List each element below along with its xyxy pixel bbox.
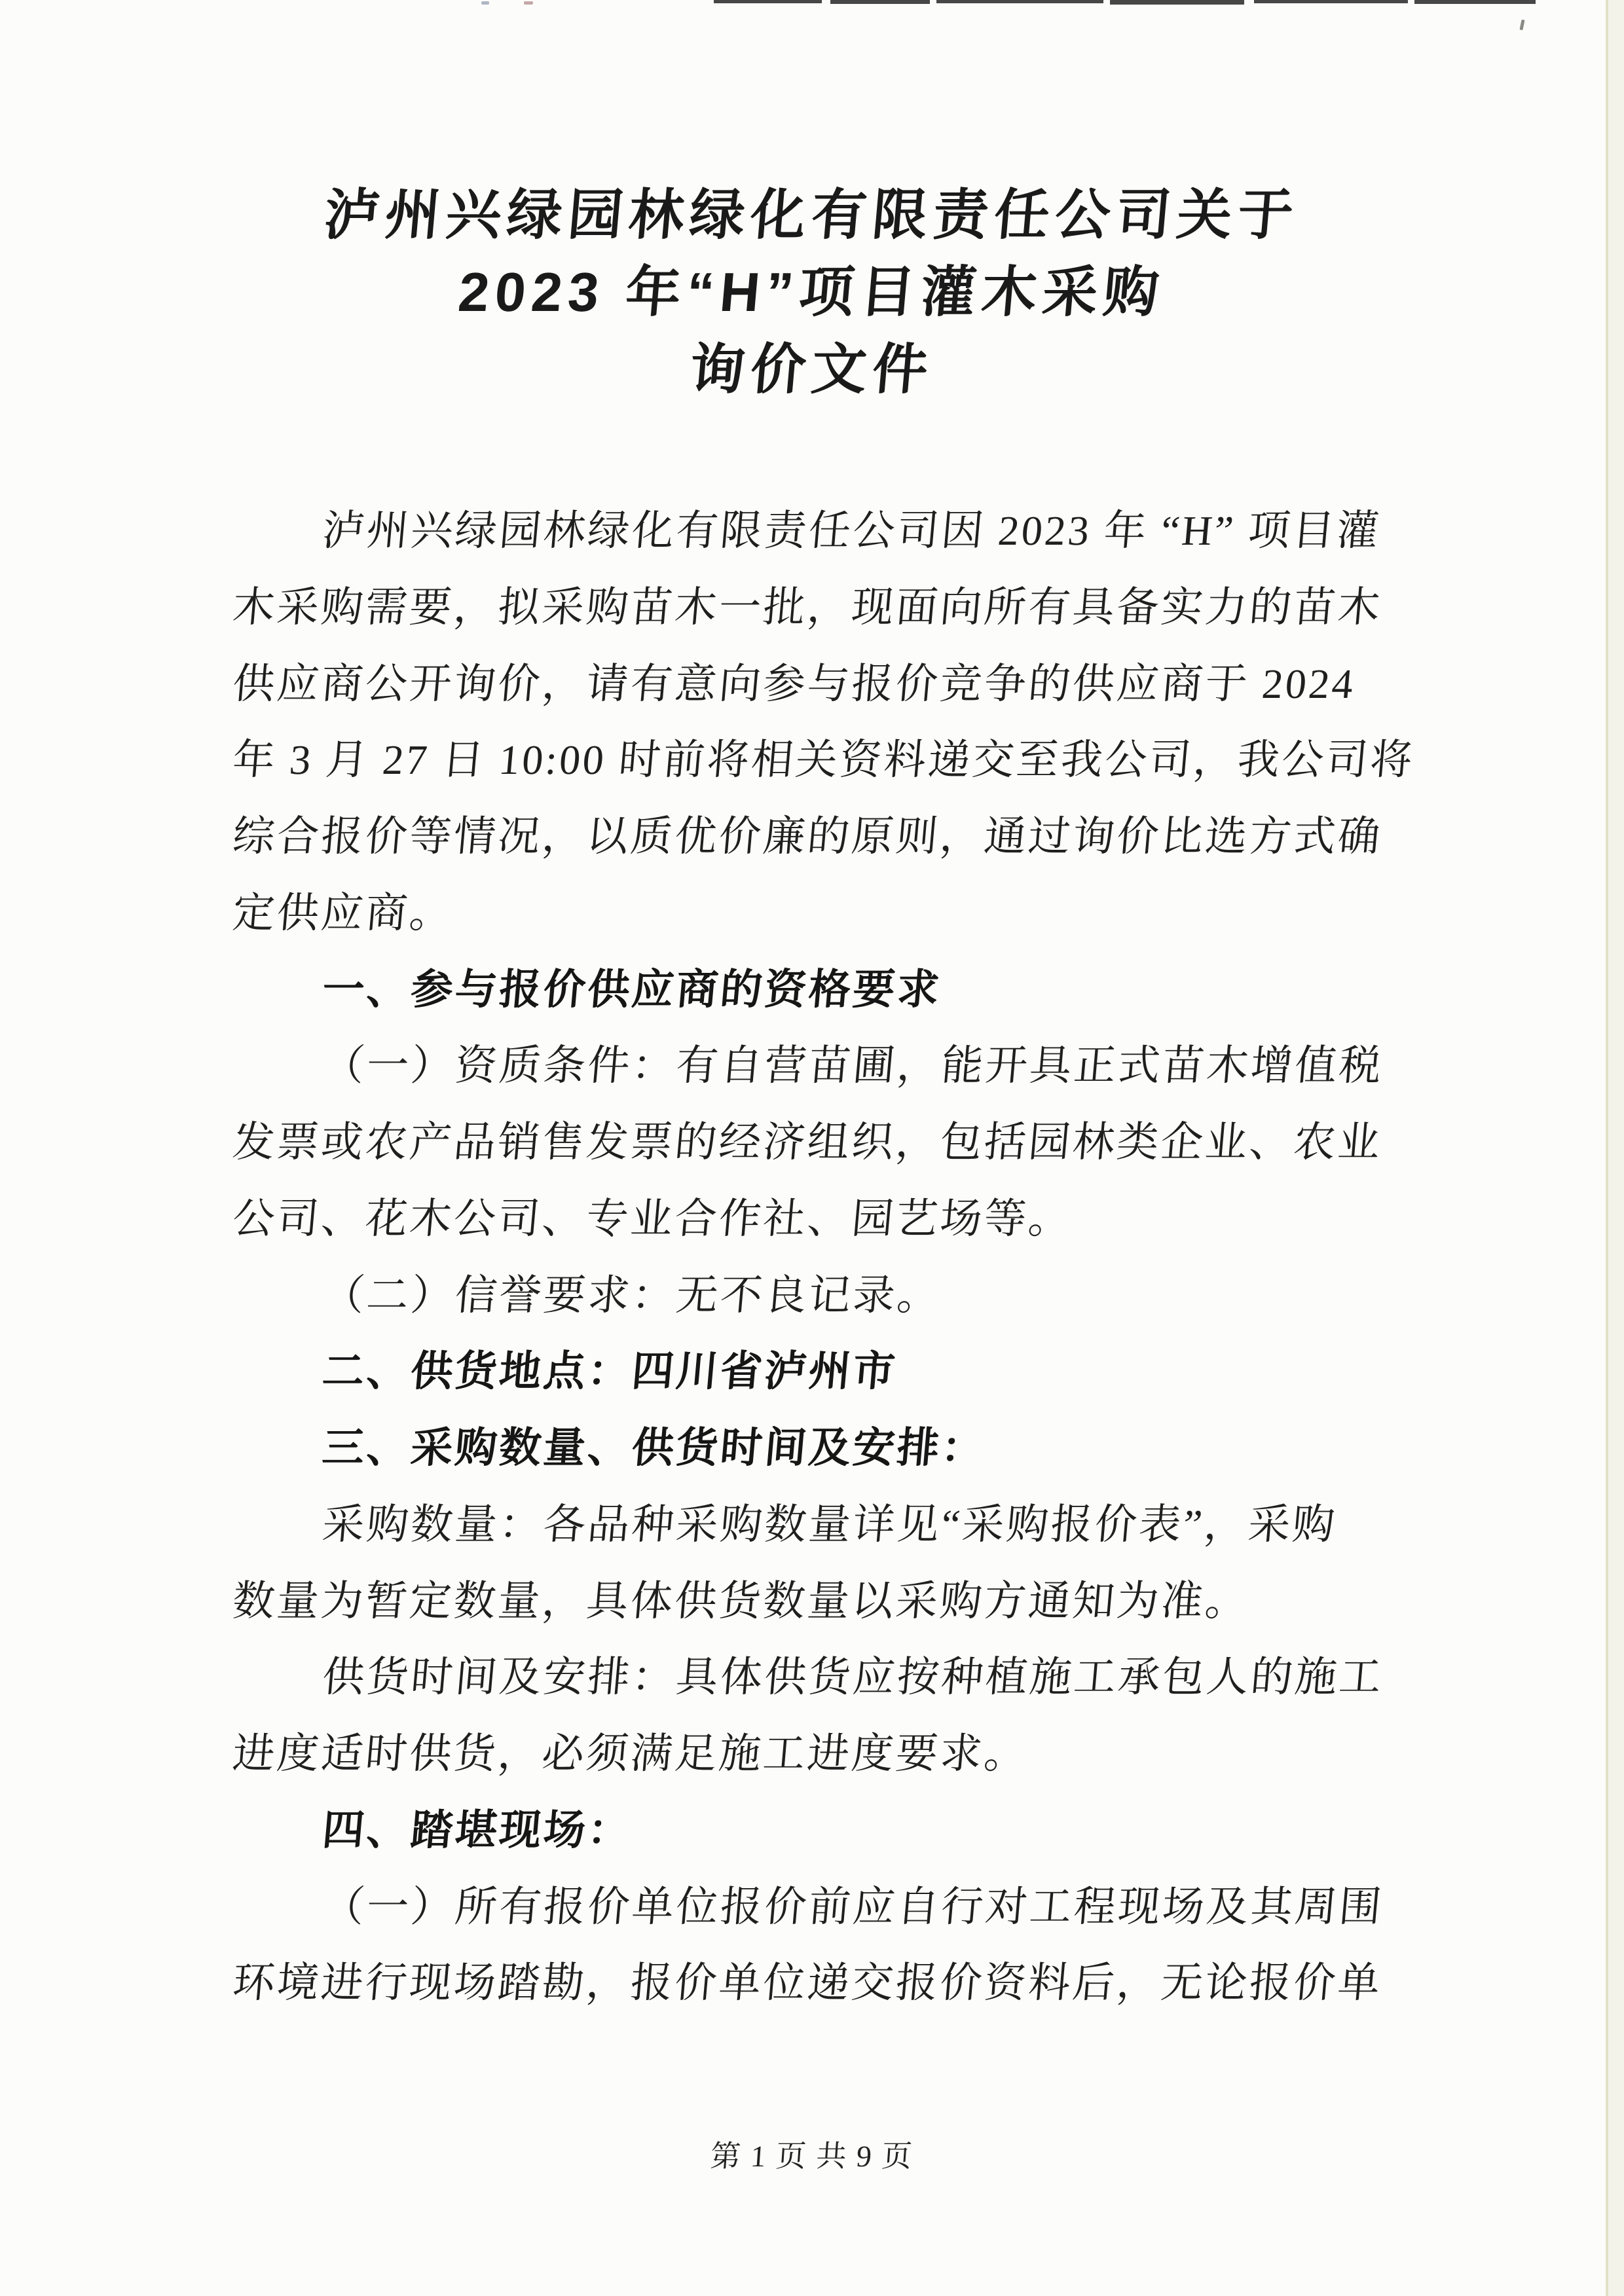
body-line: 采购数量：各品种采购数量详见“采购报价表”，采购 bbox=[230, 1483, 1395, 1559]
section-heading-3: 三、采购数量、供货时间及安排： bbox=[230, 1406, 1395, 1483]
scan-artifact-top-edge bbox=[1414, 0, 1536, 4]
body-line: 进度适时供货，必须满足施工进度要求。 bbox=[230, 1712, 1395, 1789]
body-line: 发票或农产品销售发票的经济组织，包括园林类企业、农业 bbox=[230, 1101, 1395, 1177]
body-text: 泸州兴绿园林绿化有限责任公司因 2023 年 “H” 项目灌 木采购需要，拟采购… bbox=[233, 489, 1392, 2018]
scan-artifact-top-edge bbox=[936, 0, 1103, 3]
scan-artifact-top-edge bbox=[1254, 0, 1408, 3]
section-heading-1: 一、参与报价供应商的资格要求 bbox=[230, 948, 1395, 1025]
body-line: 环境进行现场踏勘，报价单位递交报价资料后，无论报价单 bbox=[230, 1941, 1395, 2018]
body-line: 数量为暂定数量，具体供货数量以采购方通知为准。 bbox=[230, 1559, 1395, 1636]
scan-artifact-top-edge bbox=[830, 0, 930, 4]
body-line: 公司、花木公司、专业合作社、园艺场等。 bbox=[230, 1177, 1395, 1254]
body-line: 定供应商。 bbox=[230, 871, 1395, 948]
body-line: 木采购需要，拟采购苗木一批，现面向所有具备实力的苗木 bbox=[230, 566, 1395, 642]
body-line: 供货时间及安排：具体供货应按种植施工承包人的施工 bbox=[230, 1635, 1395, 1712]
page-footer: 第 1 页 共 9 页 bbox=[0, 2125, 1624, 2183]
body-line: 供应商公开询价，请有意向参与报价竞争的供应商于 2024 bbox=[230, 642, 1395, 719]
title-line-3: 询价文件 bbox=[0, 326, 1624, 403]
title-line-1: 泸州兴绿园林绿化有限责任公司关于 bbox=[0, 172, 1624, 249]
body-line: （一）资质条件：有自营苗圃，能开具正式苗木增值税 bbox=[230, 1024, 1395, 1101]
document-page: 泸州兴绿园林绿化有限责任公司关于 2023 年“H”项目灌木采购 询价文件 泸州… bbox=[0, 0, 1624, 2296]
scan-artifact-top-edge bbox=[1110, 0, 1244, 5]
scan-artifact-top-edge bbox=[714, 0, 822, 3]
document-title: 泸州兴绿园林绿化有限责任公司关于 2023 年“H”项目灌木采购 询价文件 bbox=[0, 172, 1624, 403]
body-line: 年 3 月 27 日 10:00 时前将相关资料递交至我公司，我公司将 bbox=[230, 718, 1395, 795]
body-line: 综合报价等情况，以质优价廉的原则，通过询价比选方式确 bbox=[230, 795, 1395, 871]
scan-speck bbox=[481, 1, 489, 5]
body-line: 泸州兴绿园林绿化有限责任公司因 2023 年 “H” 项目灌 bbox=[230, 489, 1395, 566]
section-heading-2: 二、供货地点：四川省泸州市 bbox=[230, 1330, 1395, 1406]
scan-tick-mark bbox=[1519, 20, 1524, 31]
section-heading-4: 四、踏堪现场： bbox=[230, 1789, 1395, 1865]
body-line: （二）信誉要求：无不良记录。 bbox=[230, 1254, 1395, 1330]
title-line-2: 2023 年“H”项目灌木采购 bbox=[0, 249, 1624, 326]
body-line: （一）所有报价单位报价前应自行对工程现场及其周围 bbox=[230, 1865, 1395, 1942]
scan-speck bbox=[524, 1, 533, 5]
